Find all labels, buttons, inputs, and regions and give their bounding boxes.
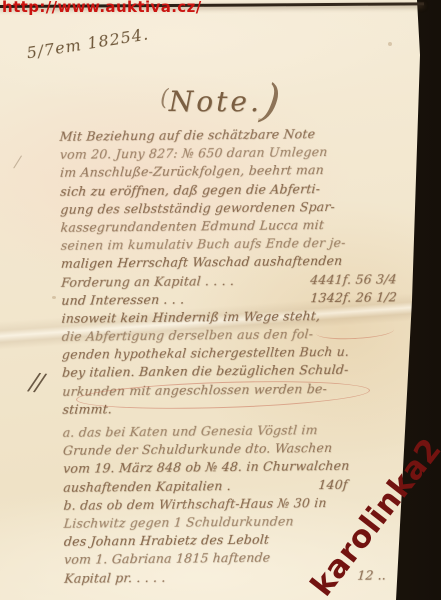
line-text: im Anschluße-Zurückfolgen, beehrt man <box>59 161 324 182</box>
manuscript-body: Mit Beziehung auf die schätzbare Note vo… <box>60 124 401 587</box>
scanned-document-photo: 5/7em 18254. (Note.) Mit Beziehung auf d… <box>0 0 441 600</box>
manuscript-line: im Anschluße-Zurückfolgen, beehrt man <box>60 161 396 183</box>
line-amount: 1342f. 26 1/2 <box>310 288 398 307</box>
document-title: (Note.) <box>110 74 330 128</box>
paper-speck <box>52 296 56 299</box>
auction-url-watermark: http://www.auktiva.cz/ <box>2 0 202 16</box>
title-flourish: ) <box>258 73 284 129</box>
line-text: und Interessen . . . <box>61 290 185 309</box>
line-text: vom 19. März 848 ob № 48. in Churwalchen <box>62 457 350 478</box>
title-text: Note. <box>169 85 262 118</box>
title-swash: ( <box>160 86 169 111</box>
line-amount: 12 .. <box>357 566 387 585</box>
manuscript-line: seinen im kumulativ Buch aufs Ende der j… <box>61 233 397 255</box>
line-amount: 4441f. 56 3/4 <box>310 270 398 289</box>
line-text: vom 1. Gabriana 1815 haftende <box>63 549 271 569</box>
line-amount: 140f <box>317 475 348 494</box>
line-text: Kapital pr. . . . . <box>64 568 167 587</box>
line-text: aushaftenden Kapitalien . <box>63 477 232 497</box>
line-text: Forderung an Kapital . . . . <box>61 271 235 291</box>
manuscript-line: und Interessen . . .1342f. 26 1/2 <box>61 288 397 310</box>
paper-speck <box>388 42 392 46</box>
